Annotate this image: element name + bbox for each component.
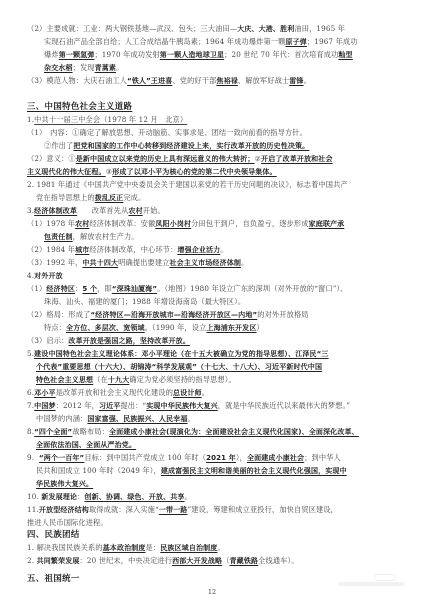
item-1-content-1: （1） 内容：①确定了解放思想、开动脑筋、实事求是、团结一致向前看的指导方针。 — [27, 127, 396, 138]
watermark-logo-icon — [374, 574, 396, 581]
item-7-cont: 中国梦的内涵：国家富强、民族振兴、人民幸福。 — [36, 413, 396, 425]
item-5-line-3: 特色社会主义思想（在十九大确定为党必须坚持的指导思想）。 — [36, 374, 396, 386]
page-number: 12 — [0, 588, 424, 596]
item-1-title: 1.中共十一届三中全会（1978 年 12 月 北京） — [27, 114, 396, 125]
achievements-line-4: 杂交水稻；发现青蒿素。 — [44, 62, 396, 74]
item-4-title: 4.对外开放 — [27, 270, 396, 282]
item-5-line-1: 5.建设中国特色社会主义理论体系：邓小平理论（在十五大被确立为党的指导思想）、江… — [27, 348, 396, 360]
item-9-cont-2: 华民族伟大复兴。 — [36, 478, 396, 490]
item-4-p2: （2）格局：形成了“经济特区—沿海开放城市—沿海经济开放区—内地”的对外开放格局 — [27, 309, 396, 321]
item-6: 6.邓小平是改革开放和社会主义现代化建设的总设计师。 — [27, 387, 396, 399]
models-line: （3）模范人物：大庆石油工人“铁人”王进喜、党的好干部焦裕禄、解放军好战士雷锋。 — [27, 75, 396, 87]
item-10: 10. 新发展理论：创新、协调、绿色、开放、共享。 — [27, 491, 396, 503]
achievements-line-3: 爆炸第一颗氢弹；1970 年成功发射第一颗人造地球卫星；20 世纪 70 年代：… — [44, 49, 396, 61]
item-4-p3: （3）启示：改革开放是强国之路，坚持改革开放。 — [27, 335, 396, 347]
item-1-significance-1: （2）意义：①是新中国成立以来党的历史上具有深远意义的伟大转折；②开启了改革开放… — [27, 153, 396, 165]
item-9-cont-1: 民共和国成立 100 年时（2049 年），建成富强民主文明和谐美丽的社会主义现… — [36, 465, 396, 477]
item-5-line-2: 个代表”重要思想（十六大）、胡锦涛“科学发展观”（十七大、十八大）、习近平新时代… — [36, 361, 396, 373]
section-heading-3: 三、中国特色社会主义道路 — [27, 101, 396, 112]
item-4-p2-features: 特点：全方位、多层次、宽领域。（1990 年，设立上海浦东开发区） — [44, 322, 396, 334]
item-3-p3: （3）1992 年，中共十四大明确提出要建立社会主义市场经济体制。 — [27, 257, 396, 269]
watermark-text — [338, 582, 404, 586]
item-7: 7.中国梦：2012 年，习近平提出：“实现中华民族伟大复兴，就是中华民族近代以… — [27, 400, 396, 412]
watermark — [334, 574, 404, 588]
item-11: 11.开放型经济结构取得成就：深入实施“一带一路”建设，筹建和成立亚投行，加快自… — [27, 504, 396, 516]
item-1-content-2: ②作出了把党和国家的工作中心转移到经济建设上来，实行改革开放的历史性决策。 — [44, 140, 396, 152]
item-3-title: 3.经济体制改革 改革首先从农村开始。 — [27, 205, 396, 217]
item-3-p1-cont: 包责任制，解放农村生产力。 — [44, 231, 396, 243]
item-8-cont: 全面依法治国、全面从严治党。 — [36, 439, 396, 451]
document-page: （2）主要成就：工业：两大钢铁基地—武汉、包头；三大油田—大庆、大港、胜利油田，… — [0, 0, 424, 600]
item-3-p2: （2）1984 年城市经济体制改革，中心环节：增强企业活力。 — [27, 244, 396, 256]
item-4-p1-cont: 珠海、汕头、福建的厦门；1988 年增设海南岛（最大特区）。 — [44, 296, 396, 307]
achievements-line-2: 实现石油产品全部自给；人工合成结晶牛胰岛素；1964 年成功爆炸第一颗原子弹；1… — [44, 36, 396, 48]
item-2-line-1: 2. 1981 年通过《中国共产党中央委员会关于建国以来党的若干历史问题的决议》… — [27, 179, 396, 190]
s4-item-2: 2. 共同繁荣发展：20 世纪末，中央决定进行西部大开发战略（青藏铁路全线通车）… — [27, 555, 396, 567]
item-9: 9. “两个一百年”目标：到中国共产党成立 100 年时（2021 年），全面建… — [27, 452, 396, 464]
item-3-p1: （1）1978 年农村经济体制改革：安徽凤阳小岗村分田包干到户，自负盈亏，逐步形… — [27, 218, 396, 230]
item-2-line-2: 党在指导思想上的拨乱反正完成。 — [36, 192, 396, 204]
achievements-line-1: （2）主要成就：工业：两大钢铁基地—武汉、包头；三大油田—大庆、大港、胜利油田，… — [27, 23, 396, 35]
s4-item-1: 1. 解决我国民族关系的基本政治制度是：民族区域自治制度。 — [27, 542, 396, 554]
item-1-significance-2: 主义现代化的伟大征程。③形成了以邓小平为核心的党的第二代中央领导集体。 — [27, 166, 396, 178]
section-heading-4: 四、民族团结 — [27, 529, 396, 540]
item-8: 8.“四个全面”战略布局：全面建成小康社会(现演化为：全面建设社会主义现代化国家… — [27, 426, 396, 438]
item-4-p1: （1）经济特区：5 个，即“深珠汕厦海”。（地图）1980 年设立广东的深圳（对… — [27, 283, 396, 295]
item-11-cont: 推进人民币国际化进程。 — [27, 517, 396, 528]
